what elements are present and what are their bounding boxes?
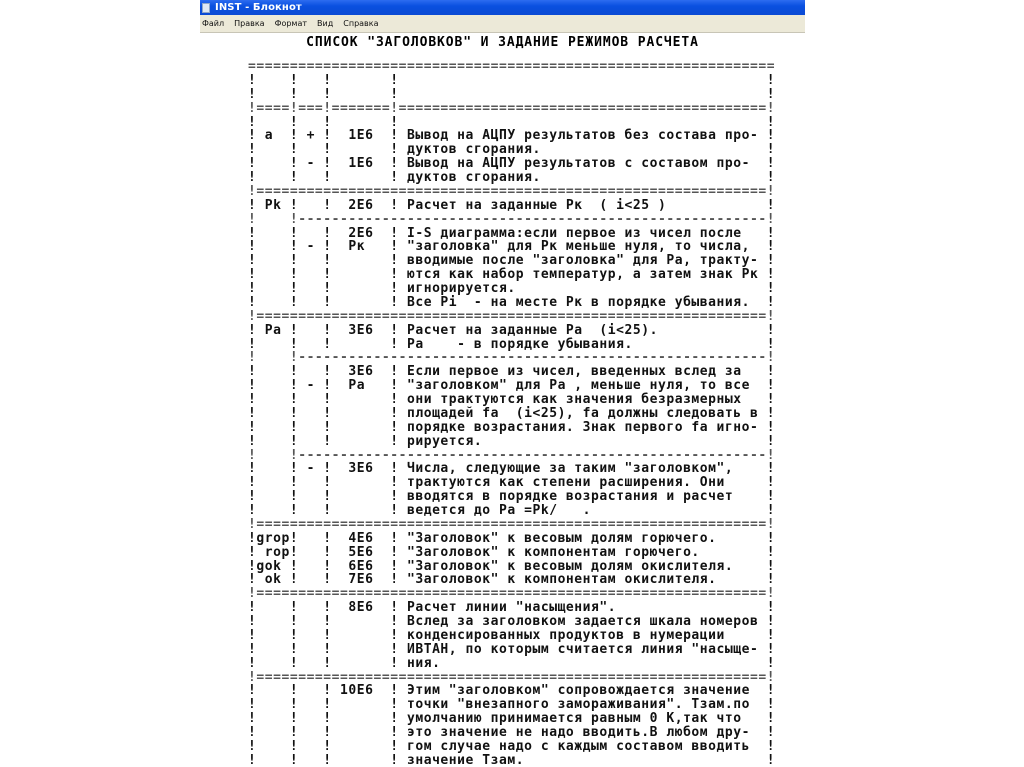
table-separator: ! !-------------------------------------… bbox=[248, 351, 775, 365]
table-row: ! ! ! ! Все Pi - на месте Pк в порядке у… bbox=[248, 296, 775, 310]
table-row: ! ! ! ! умолчанию принимается равным 0 К… bbox=[248, 712, 775, 726]
table-row: ! ! - ! Pa ! "заголовком" для Pa , меньш… bbox=[248, 379, 775, 393]
table-row: ! ! - ! 1E6 ! Вывод на АЦПУ результатов … bbox=[248, 157, 775, 171]
table-separator: !=======================================… bbox=[248, 310, 775, 324]
table-row: ! ! ! 2E6 ! I-S диаграмма:если первое из… bbox=[248, 227, 775, 241]
table-separator: !=======================================… bbox=[248, 185, 775, 199]
table-row: ! ! ! ! значение Tзам. ! bbox=[248, 754, 775, 767]
table-row: ! ! ! ! ются как набор температур, а зат… bbox=[248, 268, 775, 282]
table-row: ! ! ! ! вводятся в порядке возрастания и… bbox=[248, 490, 775, 504]
table-row: ! ! ! ! ния. ! bbox=[248, 657, 775, 671]
table-row: ! Pk ! ! 2E6 ! Расчет на заданные Pк ( i… bbox=[248, 199, 775, 213]
table-separator: ! !-------------------------------------… bbox=[248, 213, 775, 227]
table-row: !grop! ! 4E6 ! "Заголовок" к весовым дол… bbox=[248, 532, 775, 546]
menu-file[interactable]: Файл bbox=[200, 15, 229, 32]
table-row: ! Pa ! ! 3E6 ! Расчет на заданные Pa (i<… bbox=[248, 324, 775, 338]
table-row: ! ! ! ! рируется. ! bbox=[248, 435, 775, 449]
table-row: ! rop! ! 5E6 ! "Заголовок" к компонентам… bbox=[248, 546, 775, 560]
table-row: ! ! ! 8E6 ! Расчет линии "насыщения". ! bbox=[248, 601, 775, 615]
table-separator: !=======================================… bbox=[248, 518, 775, 532]
text-area[interactable]: ========================================… bbox=[248, 60, 775, 767]
document-heading: СПИСОК "ЗАГОЛОВКОВ" И ЗАДАНИЕ РЕЖИМОВ РА… bbox=[200, 35, 805, 51]
table-separator: !=======================================… bbox=[248, 671, 775, 685]
notepad-window: INST - Блокнот Файл Правка Формат Вид Сп… bbox=[200, 0, 805, 767]
menu-edit[interactable]: Правка bbox=[229, 15, 269, 32]
table-row: ! ! ! ! игнорируется. ! bbox=[248, 282, 775, 296]
table-separator: !=======================================… bbox=[248, 587, 775, 601]
table-row: ! ! ! ! площадей fa (i<25), fa должны сл… bbox=[248, 407, 775, 421]
table-separator: !====!===!=======!======================… bbox=[248, 102, 775, 116]
table-row: ! ! ! ! дуктов сгорания. ! bbox=[248, 143, 775, 157]
table-row: ! ! ! ! гом случае надо с каждым составо… bbox=[248, 740, 775, 754]
table-row: ! ! ! ! они трактуются как значения безр… bbox=[248, 393, 775, 407]
menu-view[interactable]: Вид bbox=[312, 15, 338, 32]
table-row: ! ! ! 10E6 ! Этим "заголовком" сопровожд… bbox=[248, 684, 775, 698]
table-row: ! ok ! ! 7E6 ! "Заголовок" к компонентам… bbox=[248, 573, 775, 587]
table-row: ! ! ! ! порядке возрастания. Знак первог… bbox=[248, 421, 775, 435]
table-row: ! ! - ! Pк ! "заголовка" для Pк меньше н… bbox=[248, 240, 775, 254]
table-row: ! ! ! ! ведется до Pa =Pk/ . ! bbox=[248, 504, 775, 518]
notepad-icon bbox=[202, 3, 210, 13]
table-row: ! ! ! ! Вслед за заголовком задается шка… bbox=[248, 615, 775, 629]
title-bar[interactable]: INST - Блокнот bbox=[200, 0, 805, 15]
window-title: INST - Блокнот bbox=[215, 0, 302, 15]
table-row: ! ! ! ! трактуются как степени расширени… bbox=[248, 476, 775, 490]
table-row: ! ! ! ! ! bbox=[248, 116, 775, 130]
table-row: ! ! ! ! вводимые после "заголовка" для P… bbox=[248, 254, 775, 268]
table-row: ! ! ! ! Pa - в порядке убывания. ! bbox=[248, 338, 775, 352]
menu-format[interactable]: Формат bbox=[270, 15, 312, 32]
table-row: !gok ! ! 6E6 ! "Заголовок" к весовым дол… bbox=[248, 560, 775, 574]
table-row: ! ! ! ! ИВТАН, по которым считается лини… bbox=[248, 643, 775, 657]
table-row: ! ! ! ! дуктов сгорания. ! bbox=[248, 171, 775, 185]
table-row: ! ! - ! 3E6 ! Числа, следующие за таким … bbox=[248, 462, 775, 476]
table-row: ! ! ! ! ! bbox=[248, 74, 775, 88]
table-row: ! ! ! ! это значение не надо вводить.В л… bbox=[248, 726, 775, 740]
menu-bar: Файл Правка Формат Вид Справка bbox=[200, 15, 805, 33]
table-row: ! a ! + ! 1E6 ! Вывод на АЦПУ результато… bbox=[248, 129, 775, 143]
table-row: ! ! ! ! конденсированных продуктов в нум… bbox=[248, 629, 775, 643]
table-separator: ========================================… bbox=[248, 60, 775, 74]
table-row: ! ! ! ! ! bbox=[248, 88, 775, 102]
table-row: ! ! ! 3E6 ! Если первое из чисел, введен… bbox=[248, 365, 775, 379]
menu-help[interactable]: Справка bbox=[338, 15, 383, 32]
table-row: ! ! ! ! точки "внезапного замораживания"… bbox=[248, 698, 775, 712]
table-separator: ! !-------------------------------------… bbox=[248, 449, 775, 463]
